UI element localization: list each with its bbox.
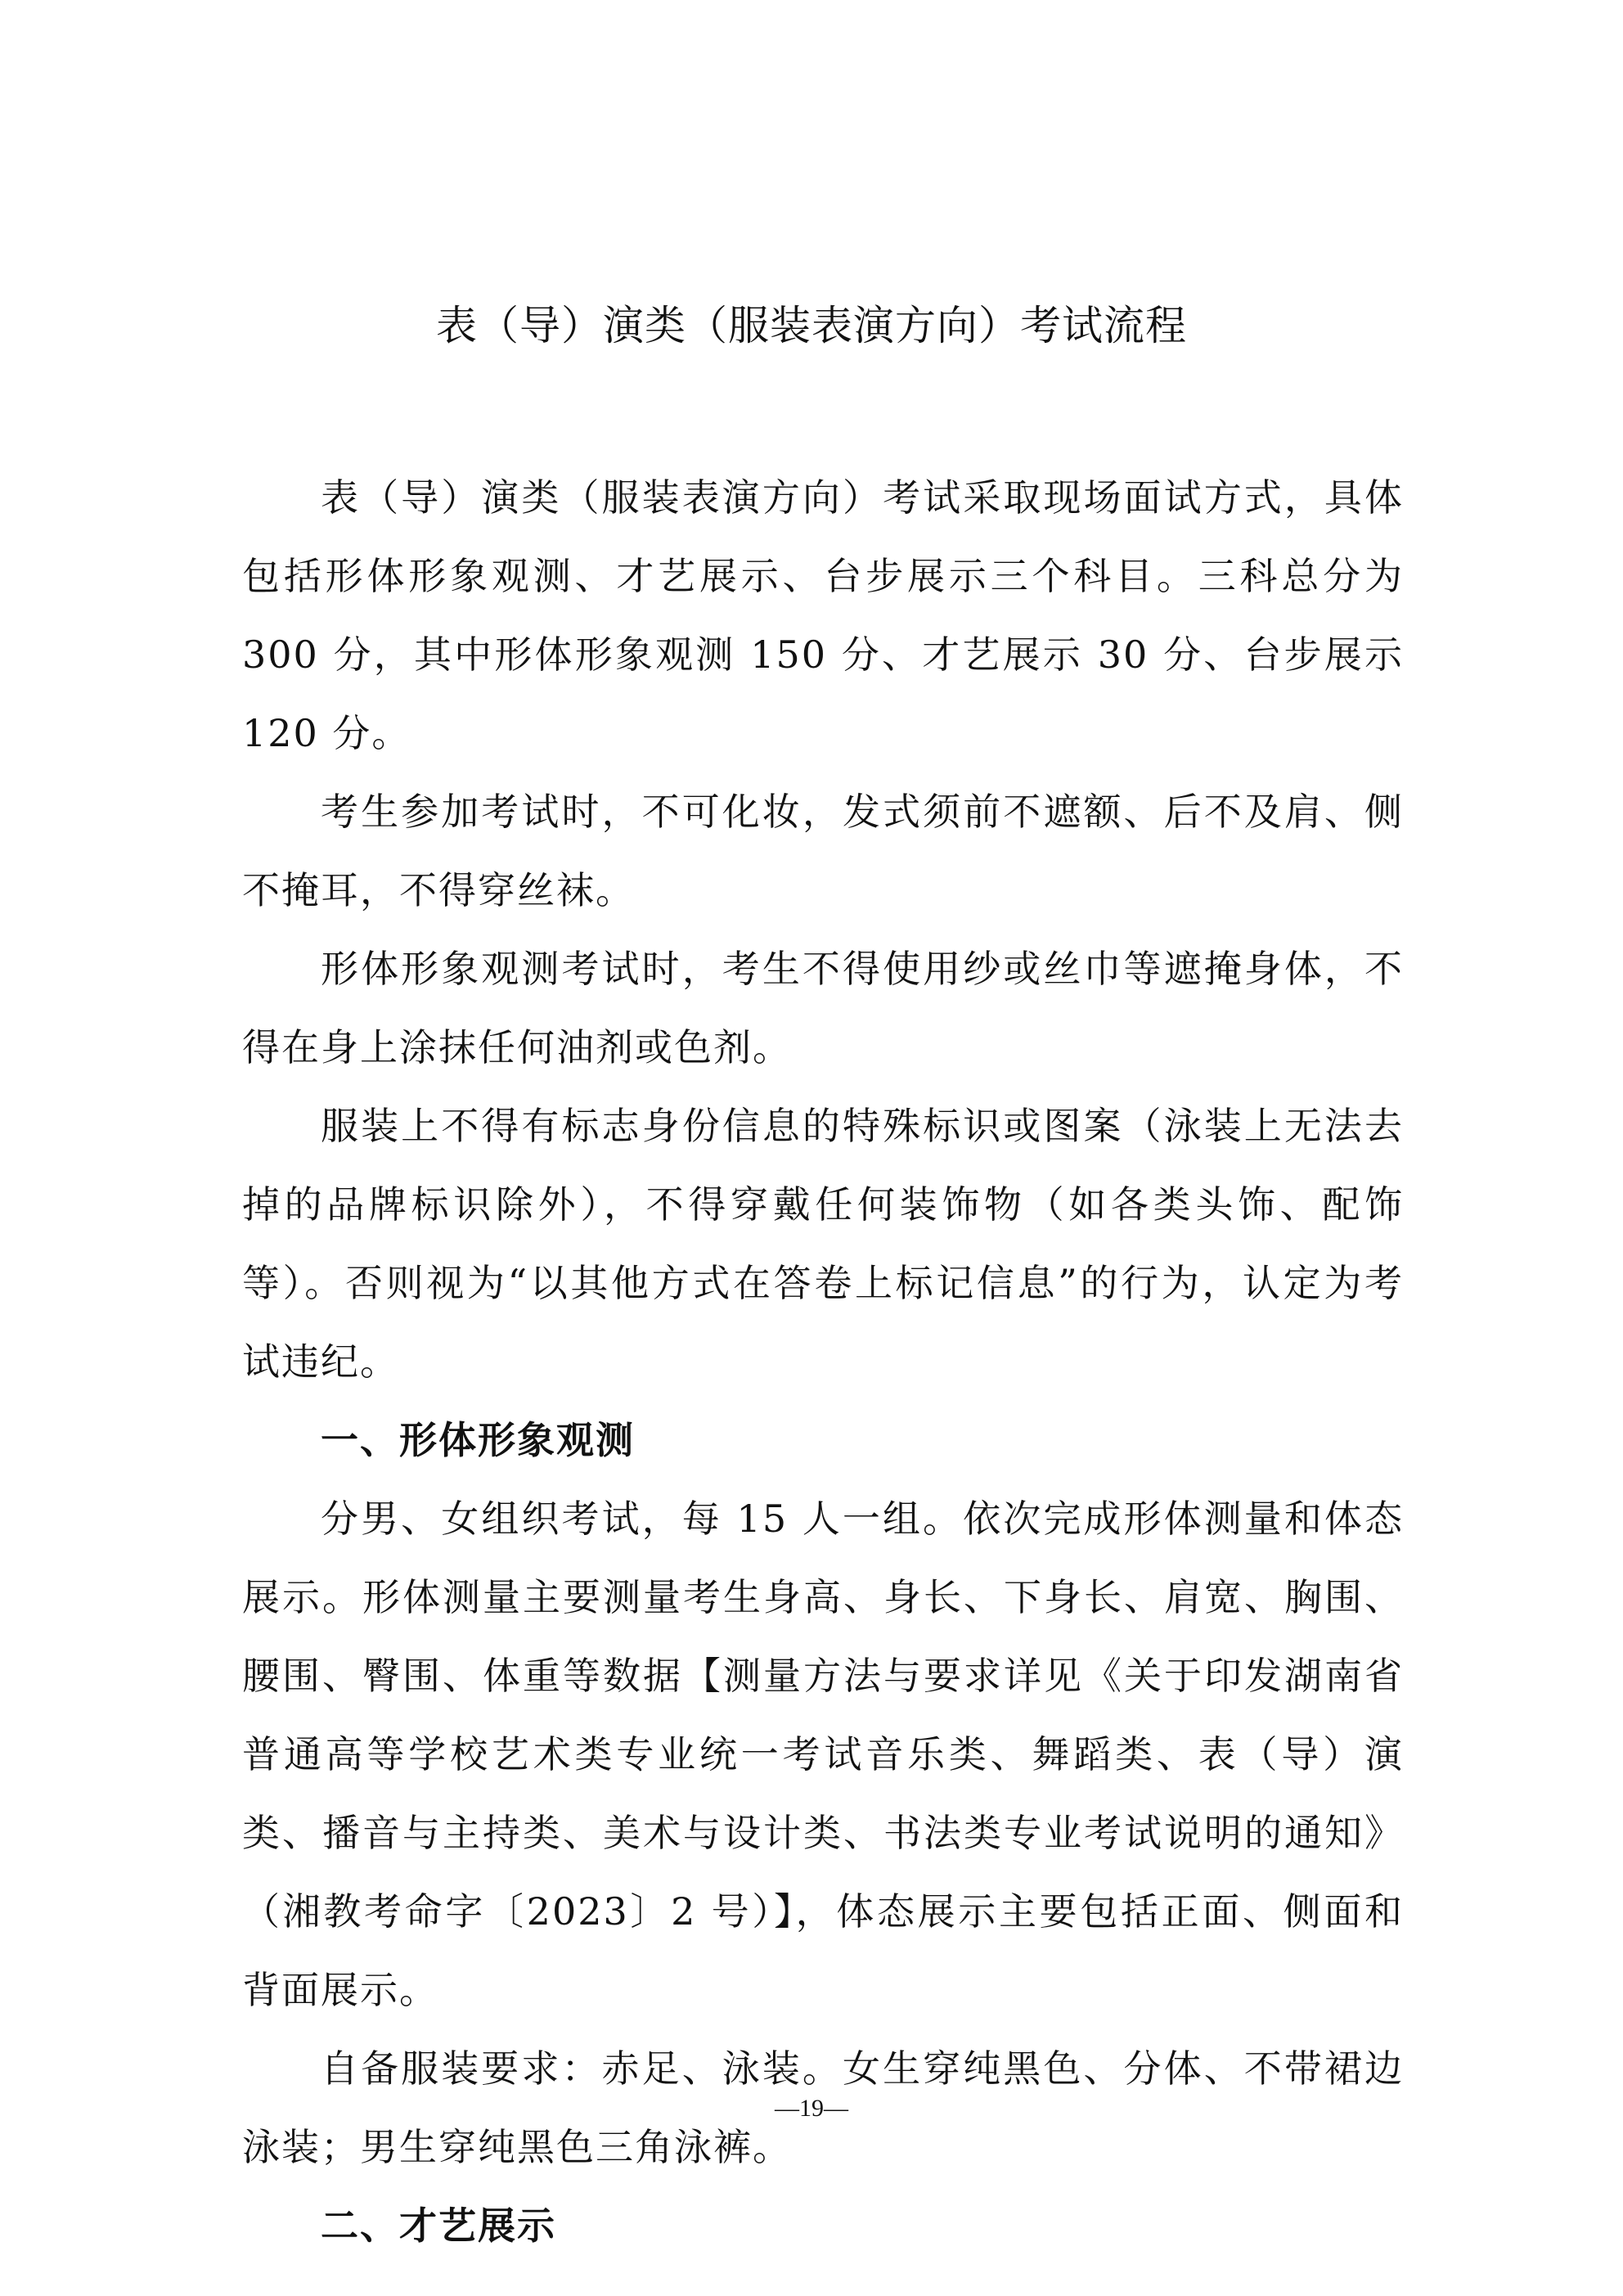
section-heading-body-image: 一、形体形象观测: [242, 1401, 1404, 1479]
section-heading-talent: 二、才艺展示: [242, 2186, 1404, 2265]
document-title: 表（导）演类（服装表演方向）考试流程: [0, 293, 1623, 352]
paragraph-appearance-rules: 考生参加考试时，不可化妆，发式须前不遮额、后不及肩、侧不掩耳，不得穿丝袜。: [242, 772, 1404, 930]
paragraph-body-cover-rules: 形体形象观测考试时，考生不得使用纱或丝巾等遮掩身体，不得在身上涂抹任何油剂或色剂…: [242, 930, 1404, 1087]
paragraph-intro: 表（导）演类（服装表演方向）考试采取现场面试方式，具体包括形体形象观测、才艺展示…: [242, 458, 1404, 772]
document-body: 表（导）演类（服装表演方向）考试采取现场面试方式，具体包括形体形象观测、才艺展示…: [242, 458, 1404, 2265]
page-number: —19—: [0, 2095, 1623, 2123]
paragraph-clothing-rules: 服装上不得有标志身份信息的特殊标识或图案（泳装上无法去掉的品牌标识除外），不得穿…: [242, 1087, 1404, 1401]
document-page: 表（导）演类（服装表演方向）考试流程 表（导）演类（服装表演方向）考试采取现场面…: [0, 0, 1623, 2296]
paragraph-measurement: 分男、女组织考试，每 15 人一组。依次完成形体测量和体态展示。形体测量主要测量…: [242, 1479, 1404, 2029]
